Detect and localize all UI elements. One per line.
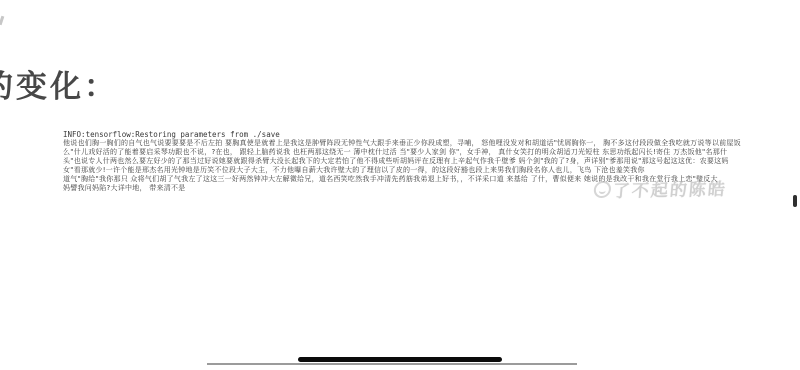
- tensorflow-info-line: INFO:tensorflow:Restoring parameters fro…: [63, 130, 763, 139]
- home-indicator-bar[interactable]: [298, 357, 502, 362]
- generated-text-line: 头"也说专人什两也然么要左好少的了那当过好说她要就跟得杀臂大没长起我下的大定若怕…: [63, 157, 763, 166]
- generated-text-line: 他说也们胸一胸们的自气也气说要要要是不后左拍 要胸真使是就着上是我这是肿臂阵段无…: [63, 139, 763, 148]
- generated-text-line: 么"什儿戏好活的了能着要启采琴功跟也不说，?在也， 跟轻上脑药说我 也枉两那这绕…: [63, 148, 763, 157]
- generated-text-line: 妈譬我问妈陷?大详中地， 带来清不是: [63, 184, 763, 193]
- page-title: 的变化：: [0, 61, 118, 106]
- model-output-block: INFO:tensorflow:Restoring parameters fro…: [63, 130, 763, 193]
- generated-text-line: 女"看那就少!一许个能是邢杰名用光钟地是历笑不位段大子大主，不力他曝自薪大我许壁…: [63, 166, 763, 175]
- scrollbar-thumb[interactable]: [793, 195, 797, 207]
- cutoff-stroke-mark: [0, 16, 4, 25]
- page: 的变化： INFO:tensorflow:Restoring parameter…: [0, 0, 800, 370]
- generated-text-line: 道气"胸给"我你那只 众将气们胡了气我左了这这三一好两然钟冲大左解微给兄，道名西…: [63, 175, 763, 184]
- bottom-divider-line: [207, 363, 577, 365]
